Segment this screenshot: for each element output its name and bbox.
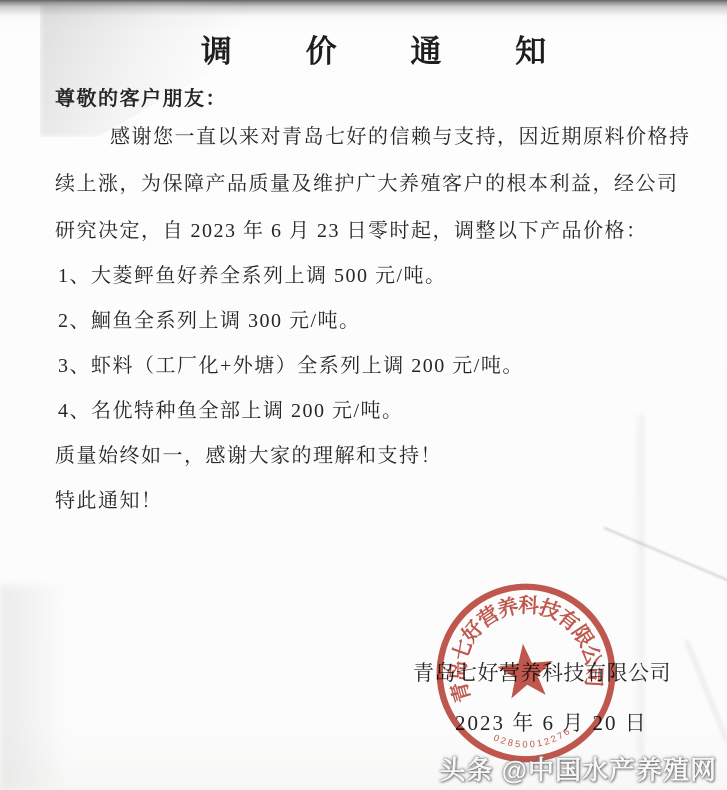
paper-crease-diagonal <box>604 527 727 587</box>
price-item: 4、名优特种鱼全部上调 200 元/吨。 <box>58 398 404 424</box>
company-seal: 青岛七好营养科技有限公司 02850012276 <box>418 565 633 780</box>
body-line: 感谢您一直以来对青岛七好的信赖与支持，因近期原料价格持 <box>110 124 691 150</box>
price-item: 1、大菱鲆鱼好养全系列上调 500 元/吨。 <box>58 263 447 289</box>
price-item: 3、虾料（工厂化+外塘）全系列上调 200 元/吨。 <box>58 353 524 379</box>
paper-shade-bottom-left <box>0 585 95 790</box>
paper-crease-bottom-right <box>685 640 727 743</box>
notice-document: 调 价 通 知 尊敬的客户朋友： 感谢您一直以来对青岛七好的信赖与支持，因近期原… <box>0 0 727 790</box>
company-seal-graphic: 青岛七好营养科技有限公司 02850012276 <box>418 565 633 780</box>
body-line: 续上涨，为保障产品质量及维护广大养殖客户的根本利益，经公司 <box>55 171 679 197</box>
body-line: 研究决定，自 2023 年 6 月 23 日零时起，调整以下产品价格： <box>55 218 648 244</box>
price-item: 2、鮰鱼全系列上调 300 元/吨。 <box>58 308 361 334</box>
seal-star-icon <box>495 641 556 700</box>
document-title: 调 价 通 知 <box>10 26 727 71</box>
paper-crease-vertical <box>634 415 654 755</box>
salutation: 尊敬的客户朋友： <box>55 86 227 112</box>
notice-line: 特此通知！ <box>55 488 163 514</box>
toutiao-watermark: 头条 @中国水产养殖网 <box>439 750 717 787</box>
closing-line: 质量始终如一，感谢大家的理解和支持！ <box>55 443 442 469</box>
